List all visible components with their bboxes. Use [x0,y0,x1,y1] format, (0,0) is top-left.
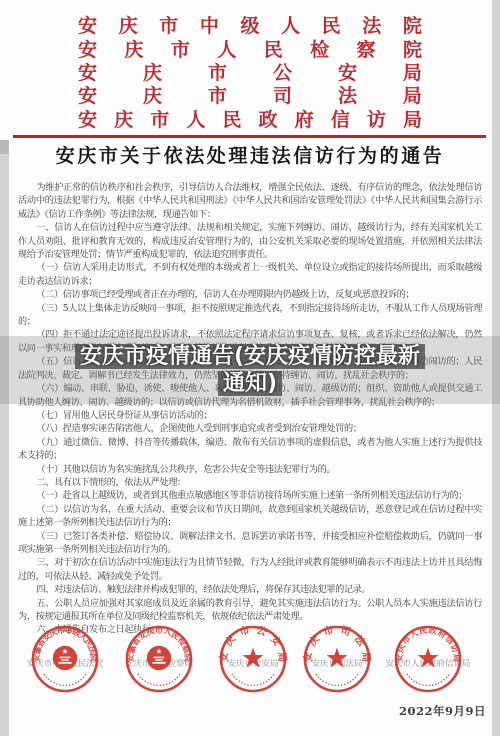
official-seal-2: 安庆市人民检察院安徽省安庆市人民检察院 [124,624,194,694]
issue-date: 2022年9月9日 [399,703,486,719]
body-paragraph: （一）信访人采用走访形式，不到有权处理的本级或者上一级机关、单位设立或指定的接待… [18,261,482,288]
agency-line-5: 安庆市人民政府信访局 [78,107,422,130]
body-paragraph: （九）通过微信、微博、抖音等传播载体，编造、散布有关信访事项的虚假信息，或者为他… [18,436,482,463]
agency-line-1: 安庆市中级人民法院 [78,13,422,36]
watermark-title-line2: 通知) [218,371,282,396]
body-paragraph: （二）信访事项已经受理或者正在办理的，信访人在办理期限内仍越级上访，反复或恶意投… [18,288,482,301]
official-seal-3: 安庆市公安局安庆市公安局 [218,624,288,694]
body-paragraph: 五、公职人员应加强对其家庭成员及近亲属的教育引导，避免其实施违法信访行为。公职人… [18,597,482,624]
seal-stamp-icon: 安庆市司法局 [302,624,372,694]
red-divider [13,135,486,138]
agency-line-4: 安庆市司法局 [78,83,422,106]
official-seal-5: 安庆市人民政府信访局安庆市人民政府信访局 [393,624,463,694]
body-paragraph: 三、对于初次在信访活动中实施违法行为且情节轻微，行为人经批评或教育能够明确表示不… [18,556,482,583]
seal-stamp-icon: 安庆市人民政府信访局 [393,624,463,694]
body-paragraph: 为维护正常的信访秩序和社会秩序，引导信访人合法维权，增强全民依法、逐级、有序信访… [18,181,482,221]
body-paragraph: 四、对违法信访、触犯法律并构成犯罪的，经依法处理后，将保存其违法犯罪的记录。 [18,583,482,596]
official-seal-1: 安庆市中级人民法院安徽省安庆市中级人民法院 [30,624,100,694]
seal-stamp-icon: 安徽省安庆市人民检察院 [124,624,194,694]
body-paragraph: （三）5人以上集体走访反映同一事项，拒不按照规定推选代表，不到指定接待场所走访，… [18,302,482,329]
notice-title: 安庆市关于依法处理违法信访行为的通告 [0,141,500,168]
watermark-band: 安庆市疫情通告(安庆疫情防控最新 通知) [0,336,500,404]
body-paragraph: 一、信访人在信访过程中应当遵守法律、法规和相关规定，实施下列缠访、闹访、越级访行… [18,221,482,261]
body-paragraph: 二、具有以下情形的，依法从严处理： [18,476,482,489]
watermark-title-line1: 安庆市疫情通告(安庆疫情防控最新 [75,344,425,369]
agency-line-3: 安庆市公安局 [78,60,422,83]
official-seals: 安庆市中级人民法院安徽省安庆市中级人民法院安庆市人民检察院安徽省安庆市人民检察院… [0,624,500,704]
agency-line-2: 安庆市人民检察院 [78,36,422,59]
body-paragraph: （一）赴省以上越级访，或者到其他重点敏感地区等非信访接待场所实施上述第一条所列相… [18,489,482,502]
body-paragraph: （七）冒用他人居民身份证从事信访活动的； [18,409,482,422]
seal-stamp-icon: 安庆市公安局 [218,624,288,694]
body-paragraph: （十）其他以信访为名实施扰乱公共秩序，危害公共安全等违法犯罪行为的。 [18,463,482,476]
body-paragraph: （二）以信访为名，在重大活动、重要会议和节庆日期间，故意到国家机关越级信访，恶意… [18,503,482,530]
body-paragraph: （三）已签订各类补偿、赔偿协议、调解法律文书、息诉罢访承诺书等，并接受相应补偿赔… [18,530,482,557]
notice-body: 为维护正常的信访秩序和社会秩序，引导信访人合法维权，增强全民依法、逐级、有序信访… [18,181,482,637]
agency-header: 安庆市中级人民法院安庆市人民检察院安庆市公安局安庆市司法局安庆市人民政府信访局 [78,13,422,130]
official-seal-4: 安庆市司法局安庆市司法局 [302,624,372,694]
seal-stamp-icon: 安徽省安庆市中级人民法院 [30,624,100,694]
body-paragraph: （八）捏造事实诬告陷害他人，企图使他人受到刑事追究或者受到治安管理处罚的； [18,422,482,435]
notice-document: 安庆市中级人民法院安庆市人民检察院安庆市公安局安庆市司法局安庆市人民政府信访局 … [0,0,500,736]
